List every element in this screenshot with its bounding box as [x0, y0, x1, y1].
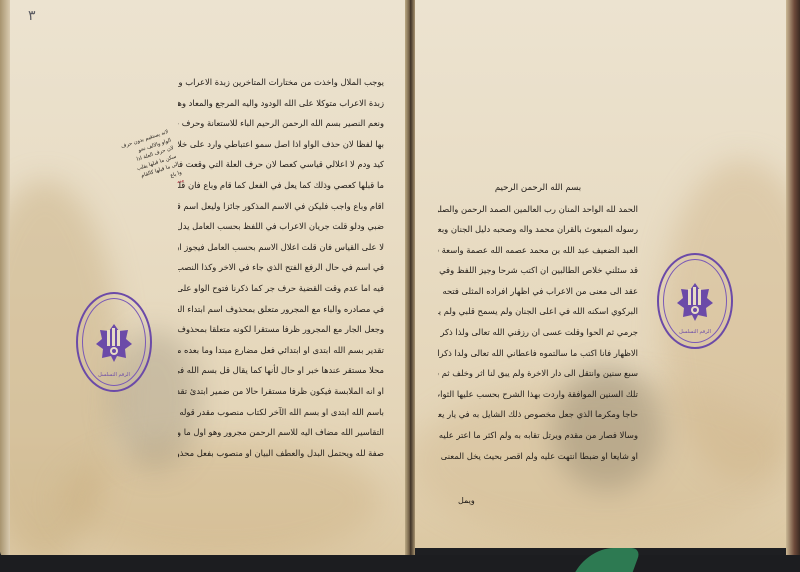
library-seal-stamp: الرقم التسلسل — [657, 253, 733, 349]
text-line: وجعل الجار مع المجرور ظرفا مستقرا لكونه … — [178, 319, 384, 340]
text-line: ضبي ودلو قلت جريان الاعراب في اللفظ بحسب… — [178, 216, 384, 237]
text-line: قد سئلني خلاص الطالبين ان اكتب شرحا وجيز… — [438, 260, 638, 281]
text-line: الحمد لله الواحد المنان رب العالمين الصم… — [438, 199, 638, 220]
folio-number: ٣ — [28, 8, 36, 24]
text-line: بها لفظا لان حذف الواو اذا اصل سمو اعتبا… — [178, 134, 384, 155]
scan-background — [0, 555, 800, 572]
book-gutter — [405, 0, 415, 572]
text-line: لا على القياس فان قلت اعلال الاسم بحسب ا… — [178, 237, 384, 258]
text-line: اقام وباع واجب فليكن في الاسم المذكور جا… — [178, 196, 384, 217]
basmala-heading: بسم الله الرحمن الرحيم — [438, 178, 638, 199]
text-line: صفة لله ويحتمل البدل والعطف البيان او من… — [178, 443, 384, 464]
text-line: زبدة الاعراب متوكلا على الله الودود والي… — [178, 93, 384, 114]
text-line: باسم الله ابتدى او بسم الله الآخر لكتاب … — [178, 402, 384, 423]
left-page-text: يوجب الملال واخذت من مختارات المتاخرين ز… — [178, 72, 384, 463]
text-line: محلا مستقر عندها خبر او حال لأنها كما يق… — [178, 360, 384, 381]
text-line: الاظهار فانا اكتب ما سالتموه فاعطاني الل… — [438, 343, 638, 364]
text-line: ما قبلها كعصي وذلك كما يعل في الفعل كما … — [178, 175, 384, 196]
catchword: ويمل — [458, 496, 475, 505]
left-page: ٣ لانه يستقيم بدون حرف الواو والالف نحو … — [0, 0, 408, 560]
page-edge-right — [786, 0, 800, 560]
text-line: عقد الى معنى من الاعراب في اظهار افراده … — [438, 281, 638, 302]
text-line: يوجب الملال واخذت من مختارات المتاخرين ز… — [178, 72, 384, 93]
text-line: سبع سنين وانتقل الى دار الاخرة ولم يبق ل… — [438, 363, 638, 384]
text-line: رسوله المبعوث بالقران محمد واله وصحبه دل… — [438, 219, 638, 240]
text-line: كيد ودم لا اعلالي قياسي كعصا لان حرف الع… — [178, 154, 384, 175]
text-line: وسالا فصار من مقدم ويرتل تقابه به ولم اك… — [438, 425, 638, 446]
page-edge-left — [0, 0, 10, 560]
text-line: في مصادره والباء مع المجرور متعلق بمحذوف… — [178, 299, 384, 320]
library-seal-stamp: الرقم التسلسل — [76, 292, 152, 392]
text-line: جرمي ثم الحوا وقلت عسى ان رزقني الله تعا… — [438, 322, 638, 343]
manuscript-spread: ٣ لانه يستقيم بدون حرف الواو والالف نحو … — [0, 0, 800, 572]
text-line: فيه اما عدم وقت القضية حرف جر كما ذكرنا … — [178, 278, 384, 299]
text-line: البركوي اسكنه الله في اعلى الجنان ولم يس… — [438, 301, 638, 322]
text-line: تلك السنين الموافقة واردت بهذا الشرح بحس… — [438, 384, 638, 405]
text-line: او شايعا او ضبطا انتهت عليه ولم اقصر بحي… — [438, 446, 638, 467]
text-line: حاجا ومكرما الذي جعل مخصوص ذلك الشايل به… — [438, 404, 638, 425]
right-page-text: بسم الله الرحمن الرحيم الحمد لله الواحد … — [438, 178, 638, 466]
text-line: التقاسير الله مضاف اليه للاسم الرحمن مجر… — [178, 422, 384, 443]
text-line: تقدير بسم الله ابتدى او ابتدائي فعل مضار… — [178, 340, 384, 361]
text-line: العبد الضعيف عبد الله بن محمد عصمه الله … — [438, 240, 638, 261]
text-line: في اسم في حال الرفع الفتح الذي جاء في ال… — [178, 257, 384, 278]
text-line: ونعم النصير بسم الله الرحمن الرحيم الباء… — [178, 113, 384, 134]
right-page: بسم الله الرحمن الرحيم الحمد لله الواحد … — [412, 0, 795, 548]
marginal-note: لانه يستقيم بدون حرف الواو والالف نحو لا… — [118, 128, 186, 201]
text-line: او انه الملابسة فيكون ظرفا مستقرا حالا م… — [178, 381, 384, 402]
